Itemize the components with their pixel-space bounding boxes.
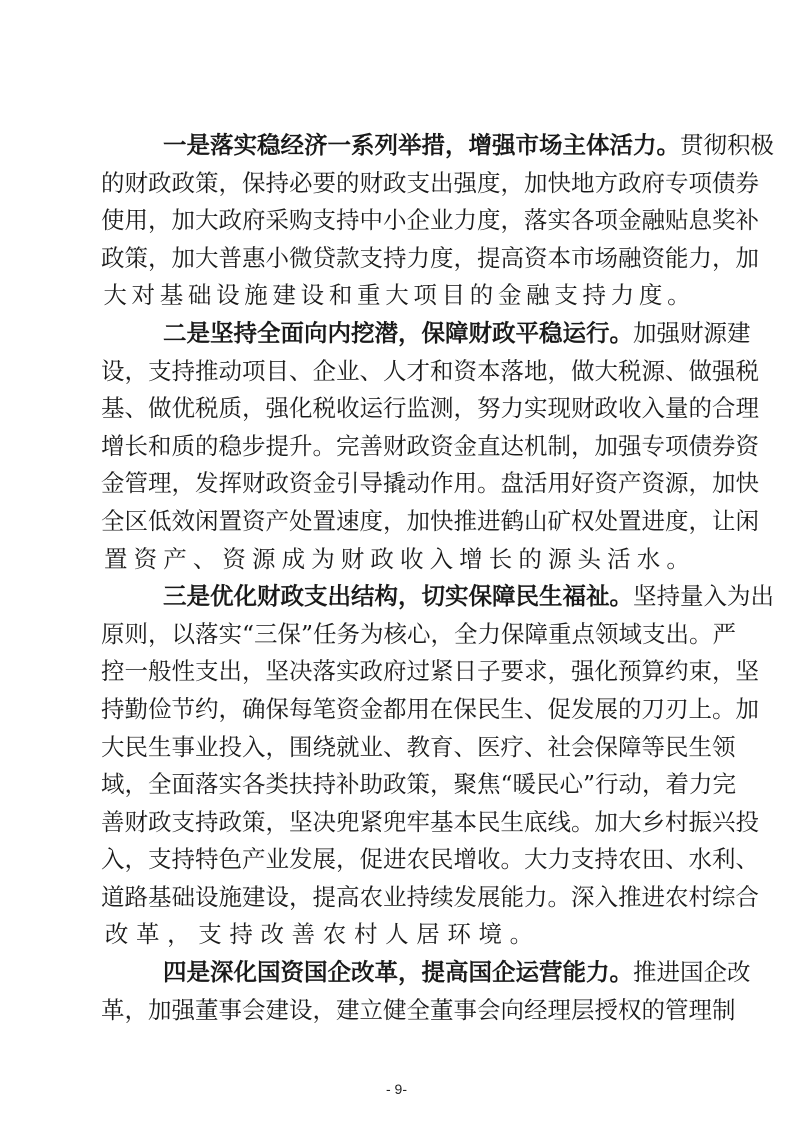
text-line: 控一般性支出，坚决落实政府过紧日子要求，强化预算约束，坚 (101, 653, 693, 691)
text-line: 原则，以落实“三保”任务为核心，全力保障重点领域支出。严 (101, 616, 693, 654)
text-line: 域，全面落实各类扶持补助政策，聚焦“暖民心”行动，着力完 (101, 766, 693, 804)
paragraph-3: 三是优化财政支出结构，切实保障民生福祉。坚持量入为出原则，以落实“三保”任务为核… (101, 578, 693, 954)
text-line: 改革，支持改善农村人居环境。 (101, 916, 693, 954)
text-line: 道路基础设施建设，提高农业持续发展能力。深入推进农村综合 (101, 879, 693, 917)
text-line: 金管理，发挥财政资金引导撬动作用。盘活用好资产资源，加快 (101, 465, 693, 503)
paragraph-1: 一是落实稳经济一系列举措，增强市场主体活力。贯彻积极的财政政策，保持必要的财政支… (101, 127, 693, 315)
text-line: 一是落实稳经济一系列举措，增强市场主体活力。贯彻积极 (101, 127, 693, 165)
text-line: 基、做优税质，强化税收运行监测，努力实现财政收入量的合理 (101, 390, 693, 428)
text-line: 三是优化财政支出结构，切实保障民生福祉。坚持量入为出 (101, 578, 693, 616)
text-line: 大对基础设施建设和重大项目的金融支持力度。 (101, 277, 693, 315)
paragraph-2: 二是坚持全面向内挖潜，保障财政平稳运行。加强财源建设，支持推动项目、企业、人才和… (101, 315, 693, 578)
text-line: 二是坚持全面向内挖潜，保障财政平稳运行。加强财源建 (101, 315, 693, 353)
text-line: 增长和质的稳步提升。完善财政资金直达机制，加强专项债券资 (101, 428, 693, 466)
text-line: 全区低效闲置资产处置速度，加快推进鹤山矿权处置进度，让闲 (101, 503, 693, 541)
text-line: 设，支持推动项目、企业、人才和资本落地，做大税源、做强税 (101, 353, 693, 391)
text-line: 入，支持特色产业发展，促进农民增收。大力支持农田、水利、 (101, 841, 693, 879)
text-line: 政策，加大普惠小微贷款支持力度，提高资本市场融资能力，加 (101, 240, 693, 278)
text-line: 四是深化国资国企改革，提高国企运营能力。推进国企改 (101, 954, 693, 992)
text-line: 善财政支持政策，坚决兜紧兜牢基本民生底线。加大乡村振兴投 (101, 804, 693, 842)
text-line: 的财政政策，保持必要的财政支出强度，加快地方政府专项债券 (101, 165, 693, 203)
document-body: 一是落实稳经济一系列举措，增强市场主体活力。贯彻积极的财政政策，保持必要的财政支… (101, 127, 693, 1029)
text-line: 大民生事业投入，围绕就业、教育、医疗、社会保障等民生领 (101, 729, 693, 767)
text-line: 使用，加大政府采购支持中小企业力度，落实各项金融贴息奖补 (101, 202, 693, 240)
text-line: 置资产、资源成为财政收入增长的源头活水。 (101, 541, 693, 579)
page-number: - 9- (0, 1081, 793, 1097)
paragraph-4: 四是深化国资国企改革，提高国企运营能力。推进国企改革，加强董事会建设，建立健全董… (101, 954, 693, 1029)
text-line: 持勤俭节约，确保每笔资金都用在保民生、促发展的刀刃上。加 (101, 691, 693, 729)
text-line: 革，加强董事会建设，建立健全董事会向经理层授权的管理制 (101, 992, 693, 1030)
